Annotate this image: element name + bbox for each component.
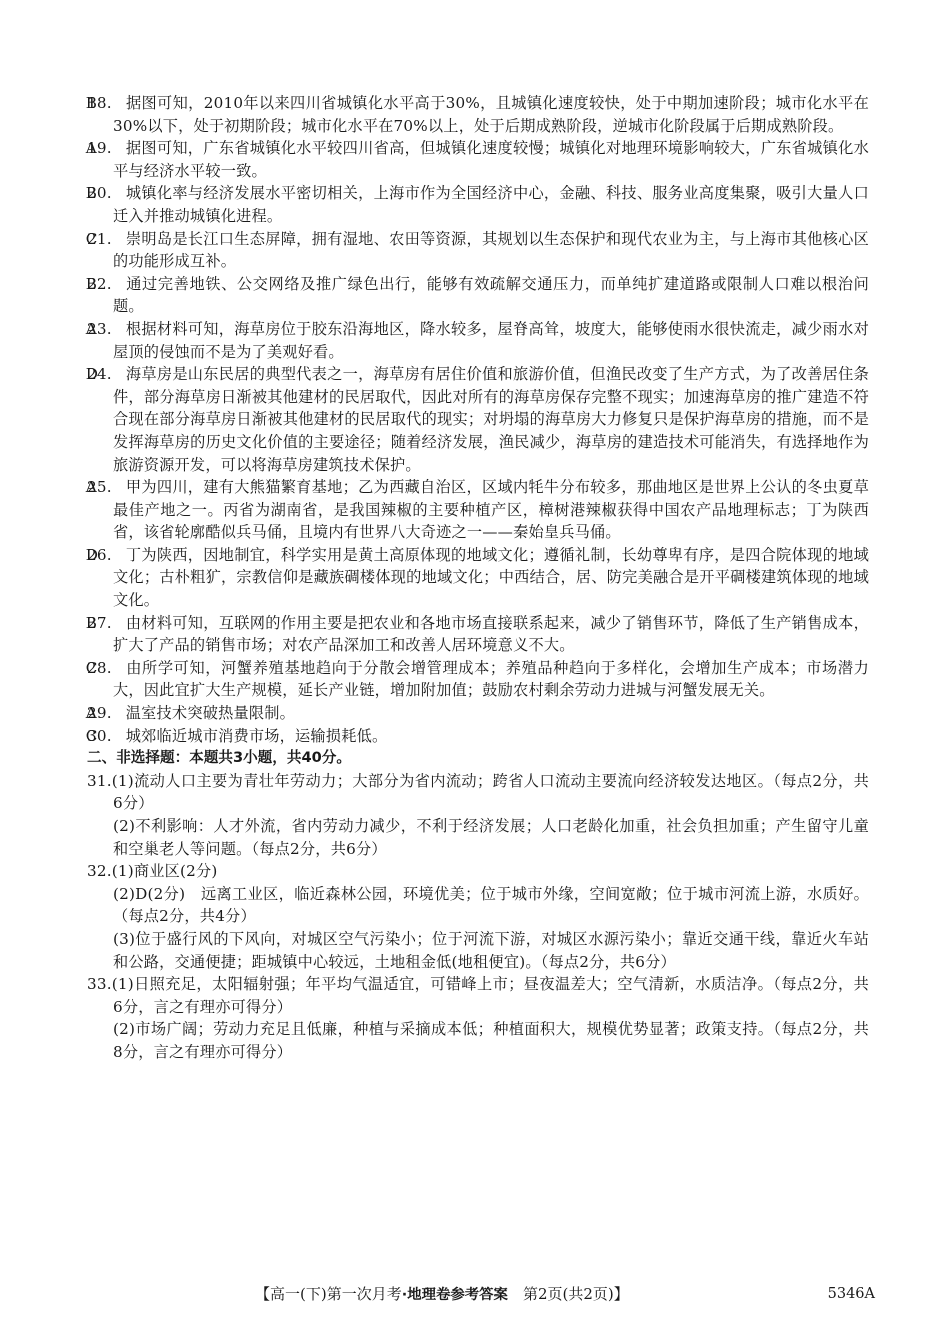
question-number: 32.: [87, 862, 112, 880]
answer-32-part-3: (3)位于盛行风的下风向，对城区空气污染小；位于河流下游，对城区水源污染小；靠近…: [87, 928, 869, 973]
answer-32-part-2: (2)D(2分) 远离工业区，临近森林公园，环境优美；位于城市外缘，空间宽敞；位…: [87, 883, 869, 928]
answer-30: 30.C城郊临近城市消费市场，运输损耗低。: [87, 725, 869, 748]
document-code: 5346A: [828, 1283, 875, 1306]
answer-explanation: 据图可知，2010年以来四川省城镇化水平高于30%，且城镇化速度较快，处于中期加…: [113, 94, 869, 135]
answer-33-part-2: (2)市场广阔；劳动力充足且低廉，种植与采摘成本低；种植面积大，规模优势显著；政…: [87, 1018, 869, 1063]
answer-20: 20.B城镇化率与经济发展水平密切相关，上海市作为全国经济中心，金融、科技、服务…: [87, 182, 869, 227]
answer-21: 21.C崇明岛是长江口生态屏障，拥有湿地、农田等资源，其规划以生态保护和现代农业…: [87, 228, 869, 273]
answer-explanation: 据图可知，广东省城镇化水平较四川省高，但城镇化速度较慢；城镇化对地理环境影响较大…: [113, 139, 869, 180]
answer-explanation: 根据材料可知，海草房位于胶东沿海地区，降水较多，屋脊高耸，坡度大，能够使雨水很快…: [113, 320, 869, 361]
answer-18: 18.B据图可知，2010年以来四川省城镇化水平高于30%，且城镇化速度较快，处…: [87, 92, 869, 137]
answer-explanation: 由所学可知，河蟹养殖基地趋向于分散会增管理成本；养殖品种趋向于多样化，会增加生产…: [113, 659, 869, 700]
question-number: 33.: [87, 975, 112, 993]
answer-key-page: 18.B据图可知，2010年以来四川省城镇化水平高于30%，且城镇化速度较快，处…: [87, 92, 869, 1064]
answer-23: 23.A根据材料可知，海草房位于胶东沿海地区，降水较多，屋脊高耸，坡度大，能够使…: [87, 318, 869, 363]
answer-explanation: 丁为陕西，因地制宜，科学实用是黄土高原体现的地域文化；遵循礼制，长幼尊卑有序，是…: [113, 546, 869, 609]
answer-explanation: 海草房是山东民居的典型代表之一，海草房有居住价值和旅游价值，但渔民改变了生产方式…: [113, 365, 869, 473]
answer-part-1: (1)日照充足，太阳辐射强；年平均气温适宜，可错峰上市；昼夜温差大；空气清新，水…: [112, 975, 869, 1016]
answer-explanation: 城郊临近城市消费市场，运输损耗低。: [126, 727, 388, 745]
answer-31-part-2: (2)不利影响：人才外流，省内劳动力减少，不利于经济发展；人口老龄化加重，社会负…: [87, 815, 869, 860]
footer-title: 【高一(下)第一次月考·地理卷参考答案 第2页(共2页)】: [255, 1283, 629, 1306]
answer-explanation: 城镇化率与经济发展水平密切相关，上海市作为全国经济中心，金融、科技、服务业高度集…: [113, 184, 869, 225]
answer-part-1: (1)商业区(2分): [112, 862, 218, 880]
answer-31: 31.(1)流动人口主要为青壮年劳动力；大部分为省内流动；跨省人口流动主要流向经…: [87, 770, 869, 815]
answer-explanation: 崇明岛是长江口生态屏障，拥有湿地、农田等资源，其规划以生态保护和现代农业为主，与…: [113, 230, 869, 271]
answer-explanation: 甲为四川，建有大熊猫繁育基地；乙为西藏自治区，区域内牦牛分布较多，那曲地区是世界…: [113, 478, 869, 541]
answer-24: 24.D海草房是山东民居的典型代表之一，海草房有居住价值和旅游价值，但渔民改变了…: [87, 363, 869, 476]
answer-explanation: 通过完善地铁、公交网络及推广绿色出行，能够有效疏解交通压力，而单纯扩建道路或限制…: [113, 275, 869, 316]
subject-label: 地理卷参考答案: [407, 1287, 508, 1303]
question-number: 31.: [87, 772, 112, 790]
exam-name: 高一(下)第一次月考: [270, 1285, 402, 1303]
answer-26: 26.D丁为陕西，因地制宜，科学实用是黄土高原体现的地域文化；遵循礼制，长幼尊卑…: [87, 544, 869, 612]
answer-part-1: (1)流动人口主要为青壮年劳动力；大部分为省内流动；跨省人口流动主要流向经济较发…: [112, 772, 869, 813]
page-number: 第2页(共2页): [523, 1285, 614, 1303]
answer-explanation: 温室技术突破热量限制。: [126, 704, 295, 722]
close-bracket: 】: [614, 1285, 629, 1303]
page-footer: 【高一(下)第一次月考·地理卷参考答案 第2页(共2页)】 5346A: [255, 1283, 875, 1306]
section-heading: 二、非选择题：本题共3小题，共40分。: [87, 747, 869, 770]
answer-explanation: 由材料可知，互联网的作用主要是把农业和各地市场直接联系起来，减少了销售环节，降低…: [113, 614, 869, 655]
answer-28: 28.C由所学可知，河蟹养殖基地趋向于分散会增管理成本；养殖品种趋向于多样化，会…: [87, 657, 869, 702]
answer-29: 29.A温室技术突破热量限制。: [87, 702, 869, 725]
answer-33: 33.(1)日照充足，太阳辐射强；年平均气温适宜，可错峰上市；昼夜温差大；空气清…: [87, 973, 869, 1018]
answer-19: 19.A据图可知，广东省城镇化水平较四川省高，但城镇化速度较慢；城镇化对地理环境…: [87, 137, 869, 182]
open-bracket: 【: [255, 1285, 270, 1303]
answer-22: 22.B通过完善地铁、公交网络及推广绿色出行，能够有效疏解交通压力，而单纯扩建道…: [87, 273, 869, 318]
answer-27: 27.B由材料可知，互联网的作用主要是把农业和各地市场直接联系起来，减少了销售环…: [87, 612, 869, 657]
answer-32: 32.(1)商业区(2分): [87, 860, 869, 883]
answer-25: 25.A甲为四川，建有大熊猫繁育基地；乙为西藏自治区，区域内牦牛分布较多，那曲地…: [87, 476, 869, 544]
